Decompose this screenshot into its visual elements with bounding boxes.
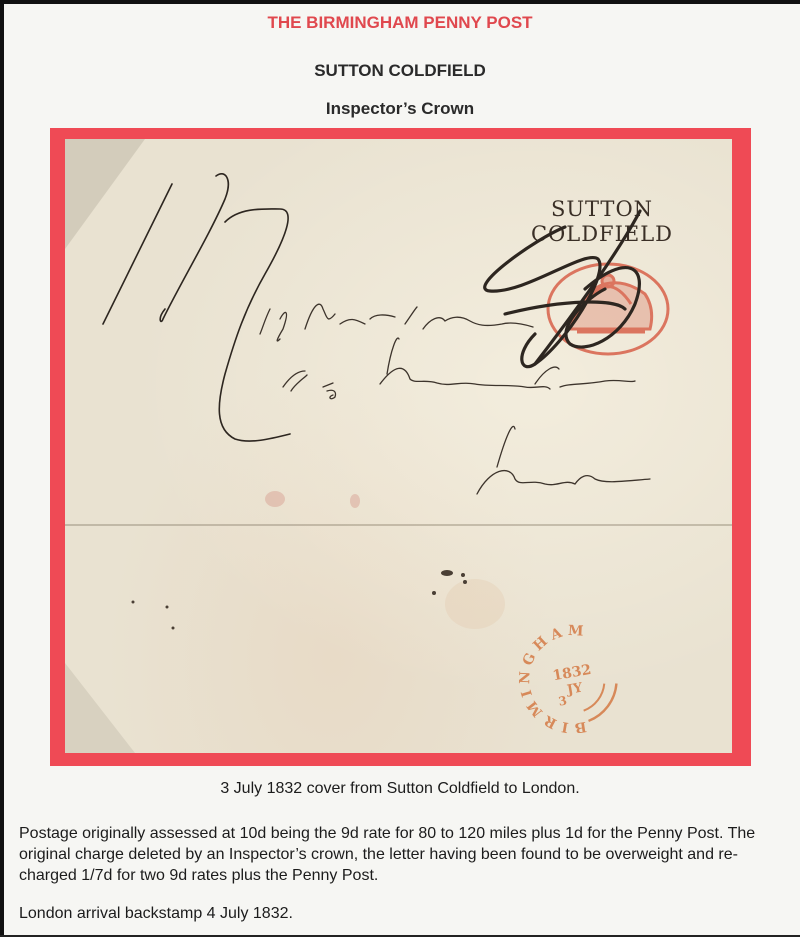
cover-description: Postage originally assessed at 10d being…	[19, 823, 794, 886]
birmingham-date-stamp-icon: 1832 JY 3 B I R M I N G H A M	[508, 616, 624, 744]
page-border	[0, 0, 800, 4]
page-title: THE BIRMINGHAM PENNY POST	[0, 13, 800, 33]
cover-frame: SUTTON COLDFIELD	[50, 128, 751, 766]
backstamp-note: London arrival backstamp 4 July 1832.	[19, 905, 794, 923]
manuscript-charge-1-7	[103, 174, 290, 441]
cover-mount: SUTTON COLDFIELD	[65, 139, 732, 753]
svg-text:1832: 1832	[551, 662, 592, 685]
postal-cover-image: SUTTON COLDFIELD	[65, 139, 732, 753]
manuscript-markings: 1832 JY 3 B I R M I N G H A M	[65, 139, 732, 753]
svg-text:3: 3	[557, 694, 568, 709]
page-subtitle: SUTTON COLDFIELD	[0, 61, 800, 81]
page-subject: Inspector’s Crown	[0, 99, 800, 119]
svg-text:JY: JY	[565, 680, 584, 698]
ink-marks	[132, 570, 468, 630]
cover-caption: 3 July 1832 cover from Sutton Coldfield …	[0, 780, 800, 798]
